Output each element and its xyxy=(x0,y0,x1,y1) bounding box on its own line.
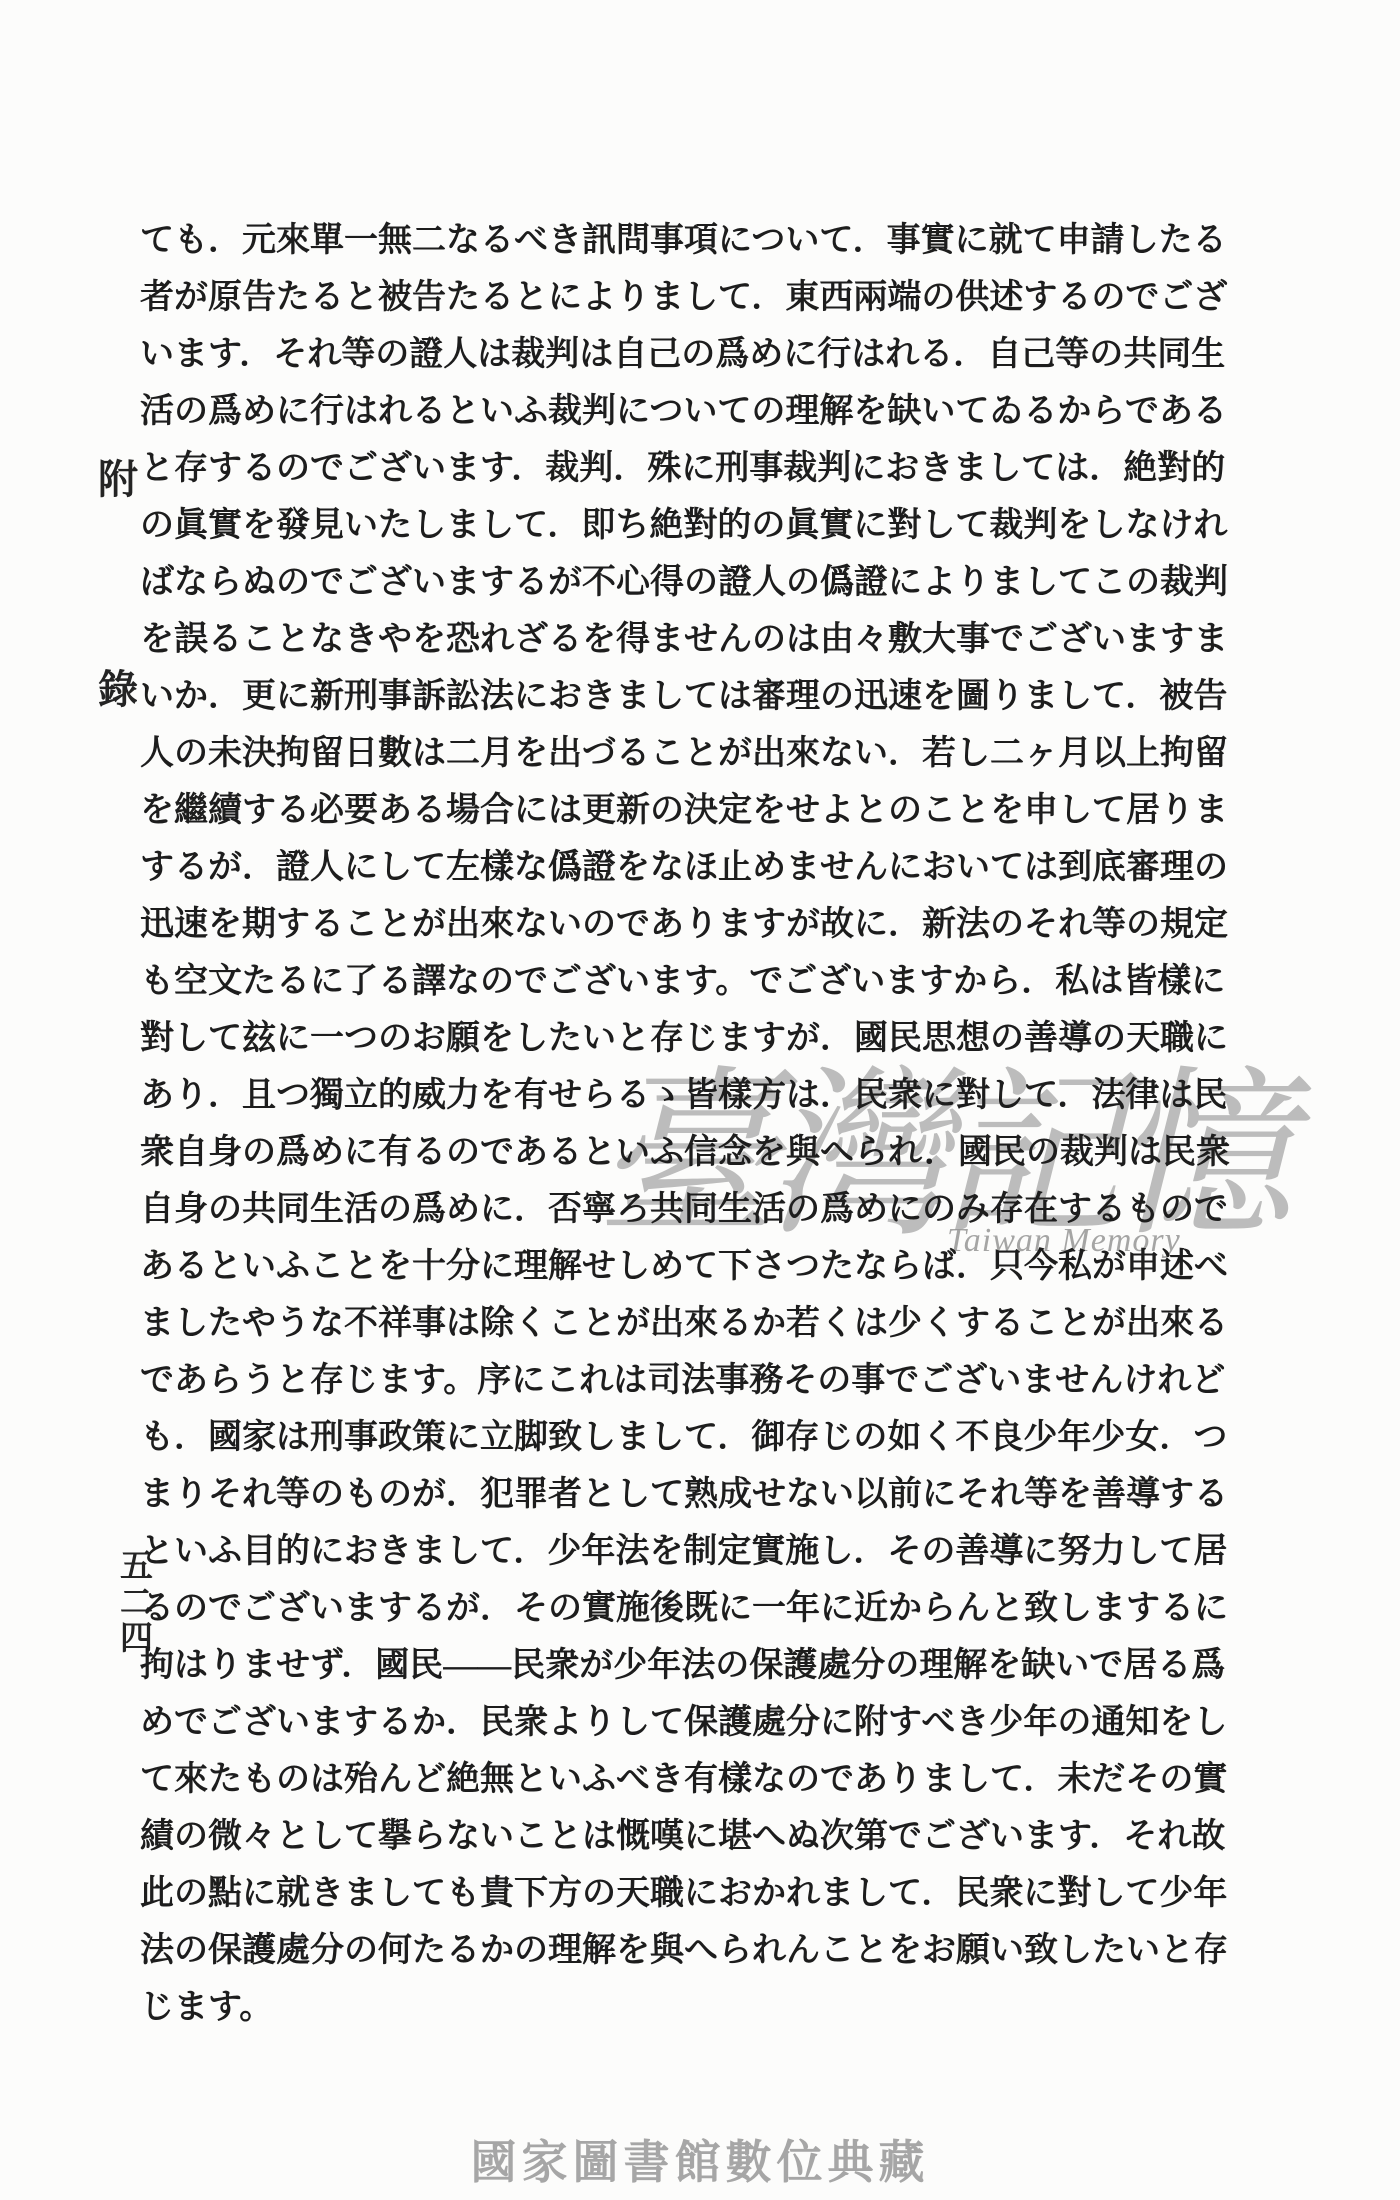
body-text-block: ても．元來單一無二なるべき訊問事項について．事實に就て申請したる 者が原告たると… xyxy=(140,212,1285,2036)
text-line: まりそれ等のものが．犯罪者として熟成せない以前にそれ等を善導する xyxy=(140,1466,1285,1523)
text-line: も．國家は刑事政策に立脚致しまして．御存じの如く不良少年少女．つ xyxy=(140,1409,1285,1466)
text-line: の眞實を發見いたしまして．即ち絶對的の眞實に對して裁判をしなけれ xyxy=(140,497,1285,554)
margin-label-appendix-char-1: 附 xyxy=(92,448,144,505)
footer-label: 國家圖書館數位典藏 xyxy=(0,2126,1400,2192)
text-line: であらうと存じます。序にこれは司法事務その事でございませんけれど xyxy=(140,1352,1285,1409)
margin-label-appendix-char-2: 錄 xyxy=(92,658,144,715)
text-line: といふ目的におきまして．少年法を制定實施し．その善導に努力して居 xyxy=(140,1523,1285,1580)
text-line: 此の點に就きましても貴下方の天職におかれまして．民衆に對して少年 xyxy=(140,1865,1285,1922)
text-line: あるといふことを十分に理解せしめて下さつたならば．只今私が申述べ xyxy=(140,1238,1285,1295)
text-line: じます。 xyxy=(140,1979,1285,2036)
text-line: るのでございまするが．その實施後既に一年に近からんと致しまするに xyxy=(140,1580,1285,1637)
scanned-page: 臺灣記憶 Taiwan Memory 附 錄 五二四 ても．元來單一無二なるべき… xyxy=(0,0,1400,2200)
text-line: するが．證人にして左樣な僞證をなほ止めませんにおいては到底審理の xyxy=(140,839,1285,896)
text-line: を誤ることなきやを恐れざるを得ませんのは由々敷大事でございますま xyxy=(140,611,1285,668)
text-line: 自身の共同生活の爲めに．否寧ろ共同生活の爲めにのみ存在するもので xyxy=(140,1181,1285,1238)
text-line: も空文たるに了る譯なのでございます。でございますから．私は皆樣に xyxy=(140,953,1285,1010)
text-line: 對して玆に一つのお願をしたいと存じますが．國民思想の善導の天職に xyxy=(140,1010,1285,1067)
text-line: めでございまするか．民衆よりして保護處分に附すべき少年の通知をし xyxy=(140,1694,1285,1751)
text-line: 績の微々として擧らないことは慨嘆に堪へぬ次第でございます．それ故 xyxy=(140,1808,1285,1865)
text-line: 法の保護處分の何たるかの理解を與へられんことをお願い致したいと存 xyxy=(140,1922,1285,1979)
text-line: ても．元來單一無二なるべき訊問事項について．事實に就て申請したる xyxy=(140,212,1285,269)
text-line: を繼續する必要ある場合には更新の決定をせよとのことを申して居りま xyxy=(140,782,1285,839)
text-line: て來たものは殆んど絶無といふべき有樣なのでありまして．未だその實 xyxy=(140,1751,1285,1808)
text-line: 者が原告たると被告たるとによりまして．東西兩端の供述するのでござ xyxy=(140,269,1285,326)
text-line: いか．更に新刑事訴訟法におきましては審理の迅速を圖りまして．被告 xyxy=(140,668,1285,725)
text-line: あり．且つ獨立的威力を有せらるゝ皆樣方は．民衆に對して．法律は民 xyxy=(140,1067,1285,1124)
text-line: 衆自身の爲めに有るのであるといふ信念を與へられ．國民の裁判は民衆 xyxy=(140,1124,1285,1181)
text-line: と存するのでございます．裁判．殊に刑事裁判におきましては．絶對的 xyxy=(140,440,1285,497)
text-line: 迅速を期することが出來ないのでありますが故に．新法のそれ等の規定 xyxy=(140,896,1285,953)
text-line: います．それ等の證人は裁判は自己の爲めに行はれる．自己等の共同生 xyxy=(140,326,1285,383)
text-line: 活の爲めに行はれるといふ裁判についての理解を缺いてゐるからである xyxy=(140,383,1285,440)
text-line: 人の未決拘留日數は二月を出づることが出來ない．若し二ヶ月以上拘留 xyxy=(140,725,1285,782)
text-line: ましたやうな不祥事は除くことが出來るか若くは少くすることが出來る xyxy=(140,1295,1285,1352)
text-line: ばならぬのでございまするが不心得の證人の僞證によりましてこの裁判 xyxy=(140,554,1285,611)
text-line: 拘はりませず．國民——民衆が少年法の保護處分の理解を缺いで居る爲 xyxy=(140,1637,1285,1694)
